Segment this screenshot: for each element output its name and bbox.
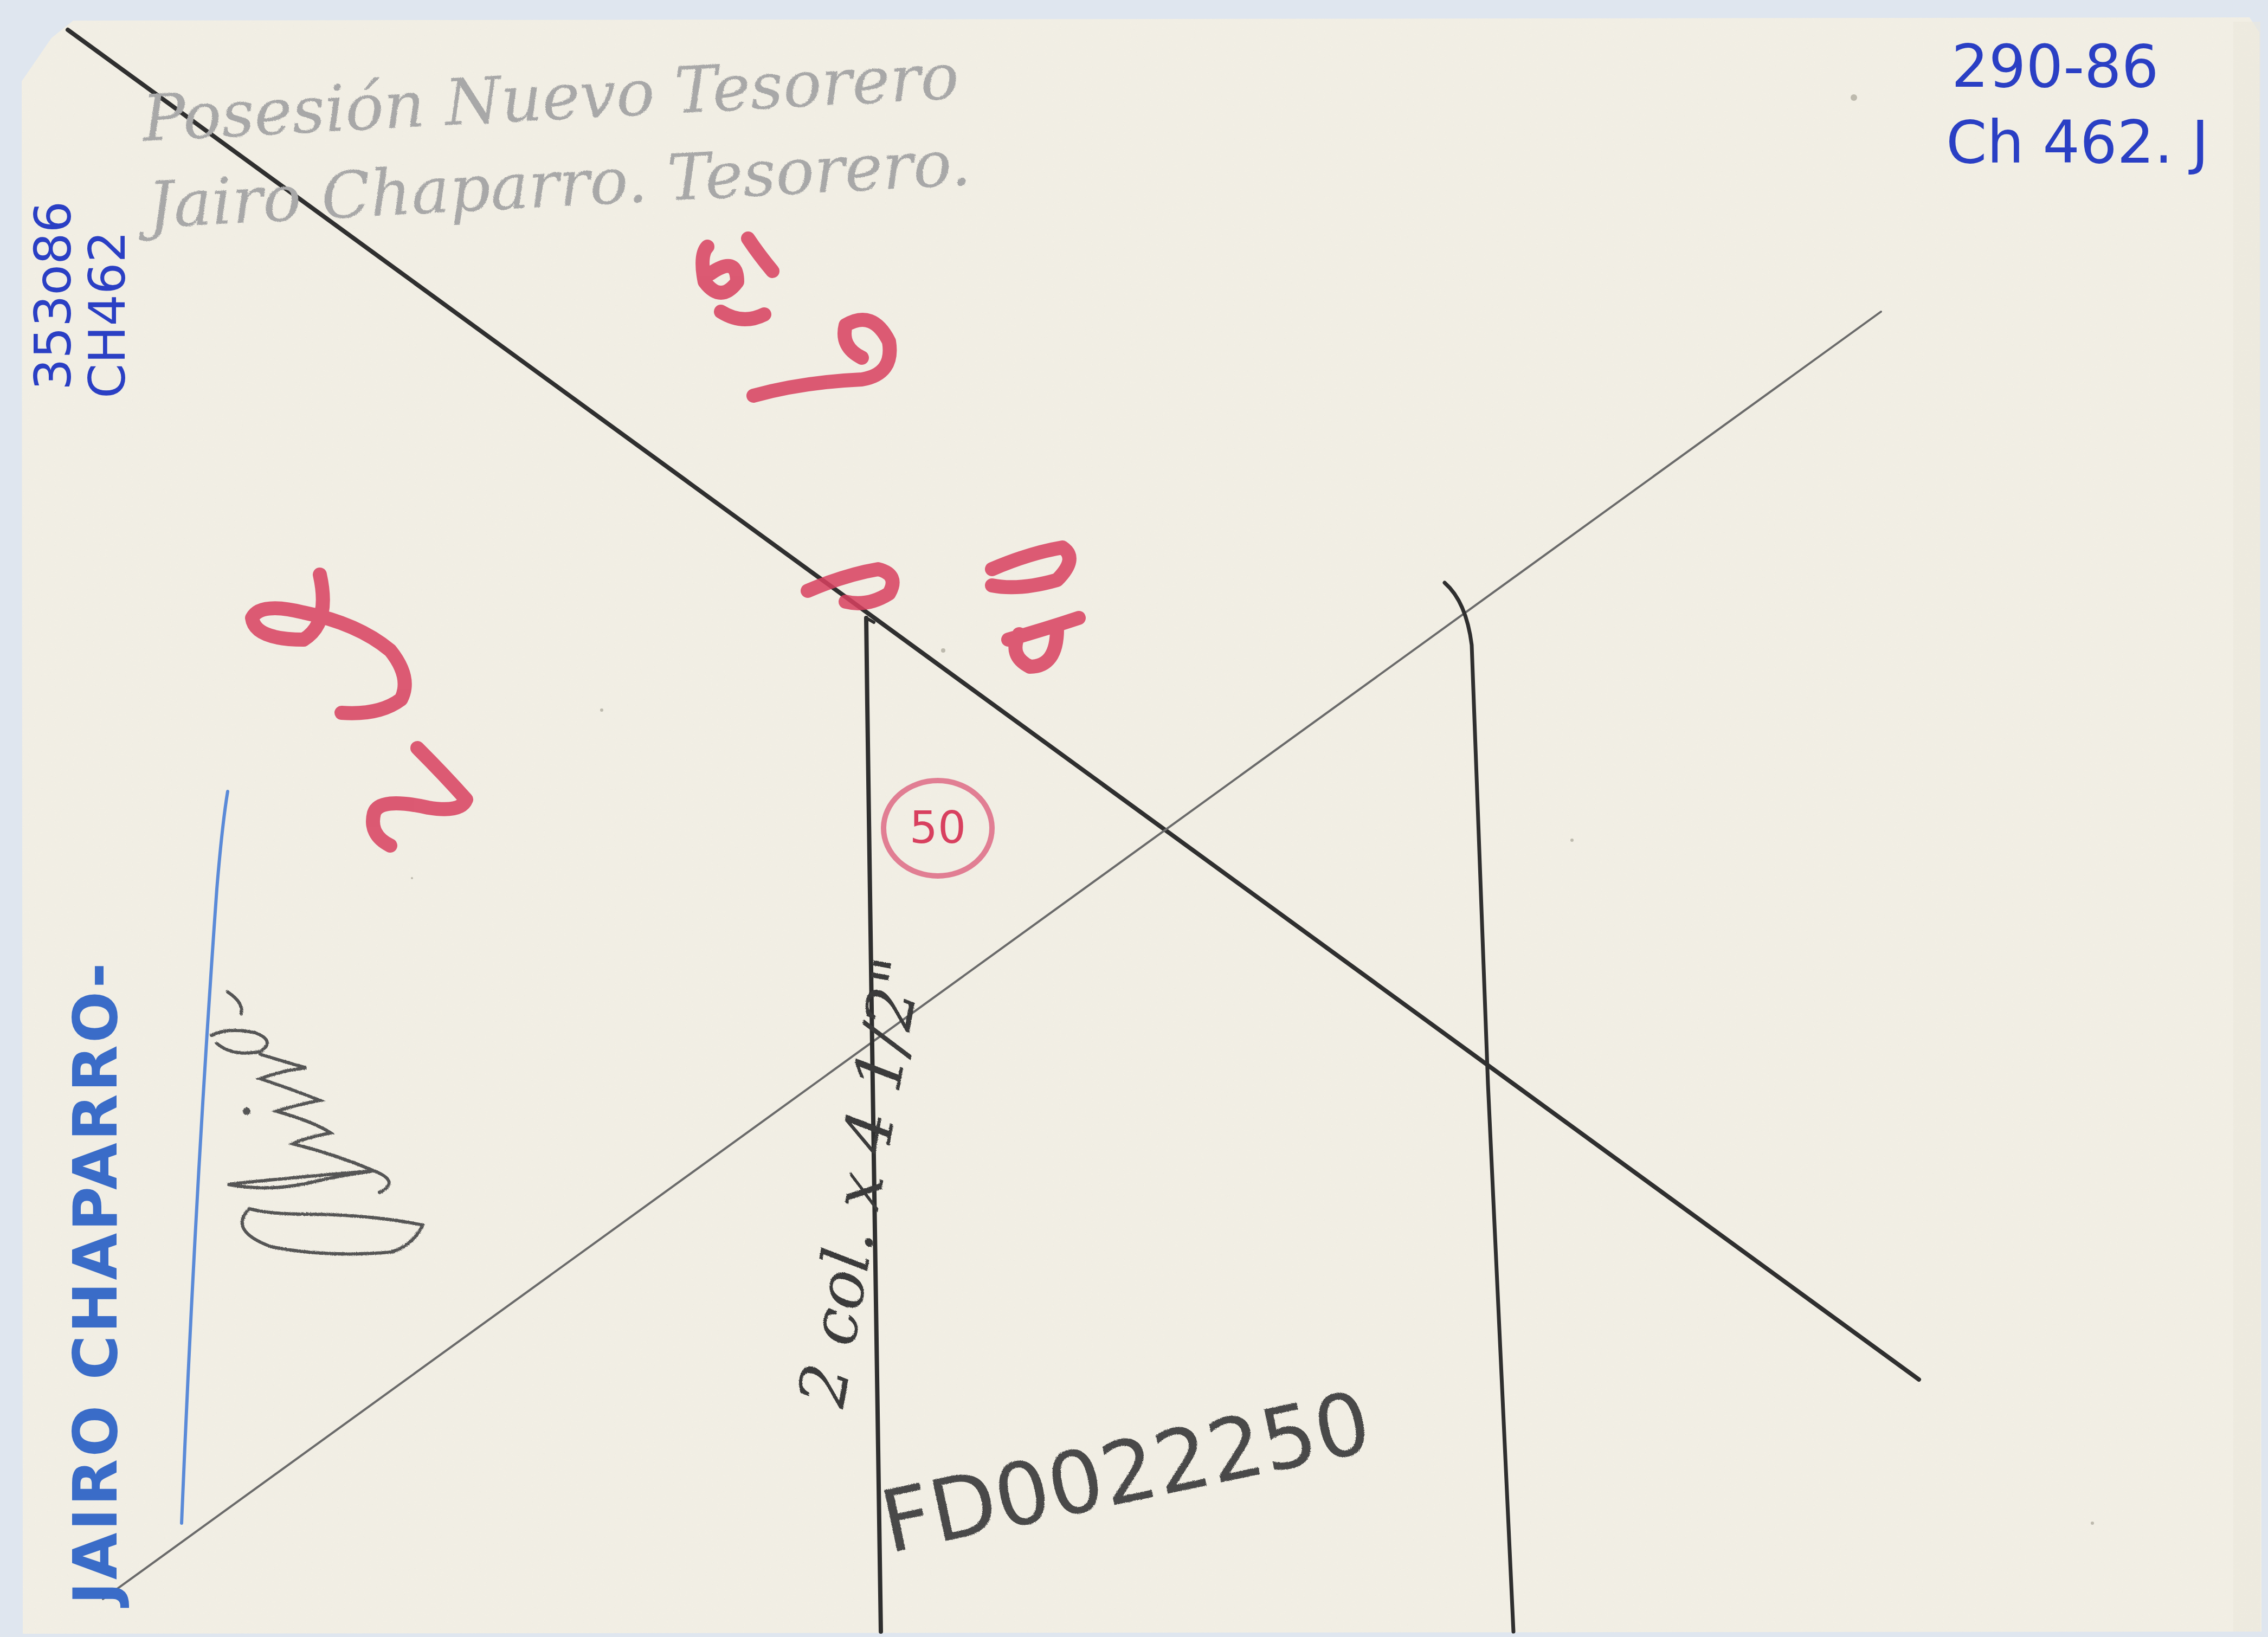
photographer-name: JAIRO CHAPARRO- bbox=[61, 961, 131, 1608]
ink-note-line-1: 290-86 bbox=[1951, 33, 2159, 101]
signature-text: Jaramillo bbox=[0, 0, 33, 2]
circled-number: 50 bbox=[910, 802, 966, 854]
scanned-photo-back: Posesión Nuevo Tesorero Jairo Chaparro. … bbox=[0, 0, 2268, 1637]
left-ink-note-line-1: 353o86 bbox=[24, 201, 82, 390]
ink-note-line-2: Ch 462. J bbox=[1946, 109, 2209, 177]
photographer-name-note: JAIRO CHAPARRO- bbox=[61, 961, 131, 1608]
photo-back-sheet: Posesión Nuevo Tesorero Jairo Chaparro. … bbox=[0, 0, 2268, 1637]
left-ink-note-line-2: CH462 bbox=[79, 231, 137, 398]
